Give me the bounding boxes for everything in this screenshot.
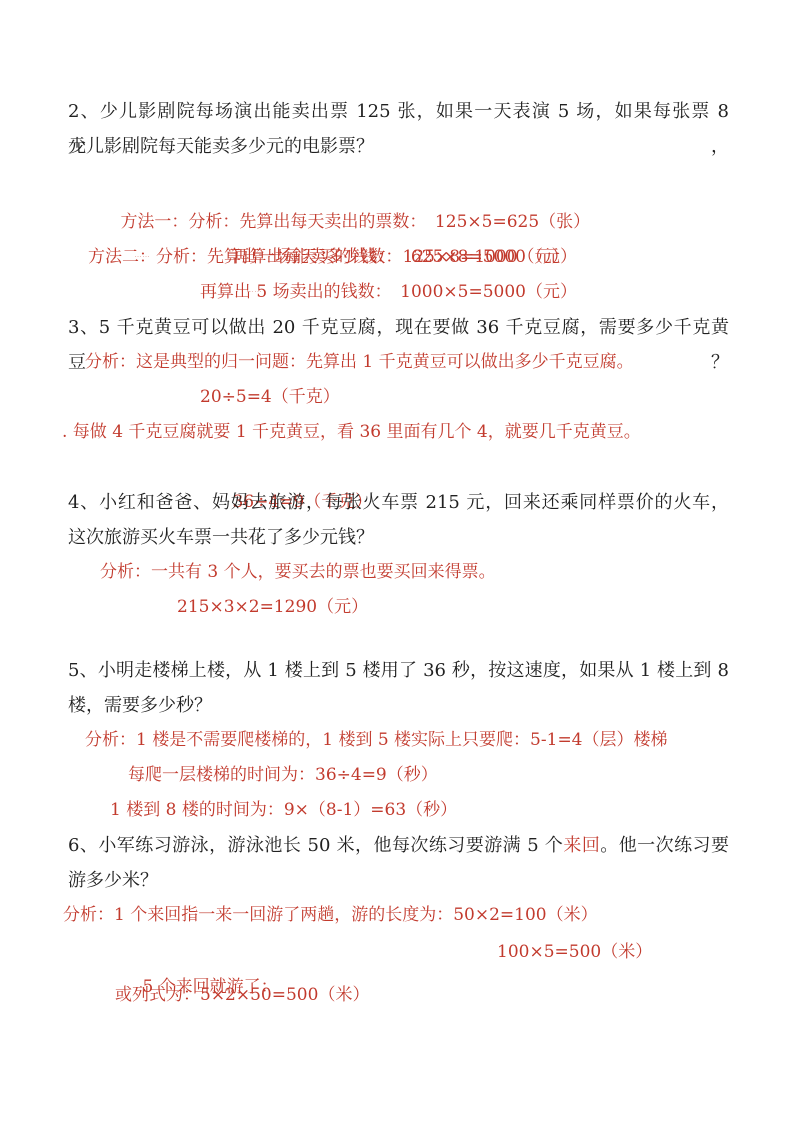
problem-5-solution-line-2: 每爬一层楼梯的时间为：36÷4=9（秒）: [0, 758, 793, 793]
worksheet-content: 2、少儿影剧院每场演出能卖出票 125 张，如果一天表演 5 场，如果每张票 8…: [0, 0, 793, 1013]
problem-6-solution-line-3: 或列式为：5×2×50=500（米）: [0, 978, 793, 1013]
worksheet-page: 2、少儿影剧院每场演出能卖出票 125 张，如果一天表演 5 场，如果每张票 8…: [0, 0, 793, 1122]
question-segment-highlight: 来回: [563, 835, 600, 856]
question-segment: 6、小军练习游泳，游泳池长 50 米，他每次练习要游满 5 个: [68, 835, 563, 856]
problem-5-solution-line-1: 分析：1 楼是不需要爬楼梯的，1 楼到 5 楼实际上只要爬：5-1=4（层）楼梯: [0, 723, 793, 758]
problem-2-question-line-2: 少儿影剧院每天能卖多少元的电影票？: [0, 129, 793, 164]
problem-4-question-line-2: 这次旅游买火车票一共花了多少元钱？: [0, 520, 793, 555]
problem-3-question-line-1: 3、5 千克黄豆可以做出 20 千克豆腐，现在要做 36 千克豆腐，需要多少千克…: [0, 310, 793, 345]
problem-5-question-line-1: 5、小明走楼梯上楼，从 1 楼上到 5 楼用了 36 秒，按这速度，如果从 1 …: [0, 653, 793, 688]
problem-3-solution-line-4: 36÷4=9（千克） ⋯⋯: [0, 450, 793, 485]
problem-2-solution-line-4: 再算出 5 场卖出的钱数： 1000×5=5000（元）: [0, 275, 793, 310]
problem-4-solution-line-1: 分析：一共有 3 个人，要买去的票也要买回来得票。: [0, 555, 793, 590]
problem-3-solution-line-1: 分析：这是典型的归一问题：先算出 1 千克黄豆可以做出多少千克豆腐。: [0, 345, 793, 380]
problem-2-solution-line-1: 方法一：分析：先算出每天卖出的票数： 125×5=625（张） ⋯⋯: [0, 170, 793, 205]
problem-6-solution-line-1: 分析：1 个来回指一来一回游了两趟，游的长度为：50×2=100（米）: [0, 898, 793, 933]
problem-2-solution-line-3: 方法二：分析：先算出一场能卖多少钱： 125×8=1000（元）: [0, 240, 793, 275]
problem-5-solution-line-3: 1 楼到 8 楼的时间为：9×（8-1）=63（秒）: [0, 793, 793, 828]
question-segment: 。他一次练习要: [600, 835, 729, 856]
problem-4-question-line-1: 4、小红和爸爸、妈妈去旅游，每张火车票 215 元，回来还乘同样票价的火车，: [0, 485, 793, 520]
problem-5-question-line-2: 楼，需要多少秒？: [0, 688, 793, 723]
problem-4-solution-line-2: 215×3×2=1290（元）: [0, 590, 793, 625]
problem-6-question-line-1: 6、小军练习游泳，游泳池长 50 米，他每次练习要游满 5 个来回。他一次练习要: [0, 828, 793, 863]
problem-6-solution-line-2: 5 个来回就游了： 100×5=500（米）: [0, 935, 793, 970]
problem-3-solution-line-3: . 每做 4 千克豆腐就要 1 千克黄豆，看 36 里面有几个 4，就要几千克黄…: [0, 415, 793, 450]
problem-2-solution-line-2: 再算出每天买的钱数： 625×8=5000（元） ⋯⋯: [0, 205, 793, 240]
problem-2-question-line-1: 2、少儿影剧院每场演出能卖出票 125 张，如果一天表演 5 场，如果每张票 8…: [0, 94, 793, 129]
problem-3-solution-line-2: 20÷5=4（千克）: [0, 380, 793, 415]
solution-value: 100×5=500（米）: [497, 935, 652, 970]
problem-6-question-line-2: 游多少米？: [0, 863, 793, 898]
